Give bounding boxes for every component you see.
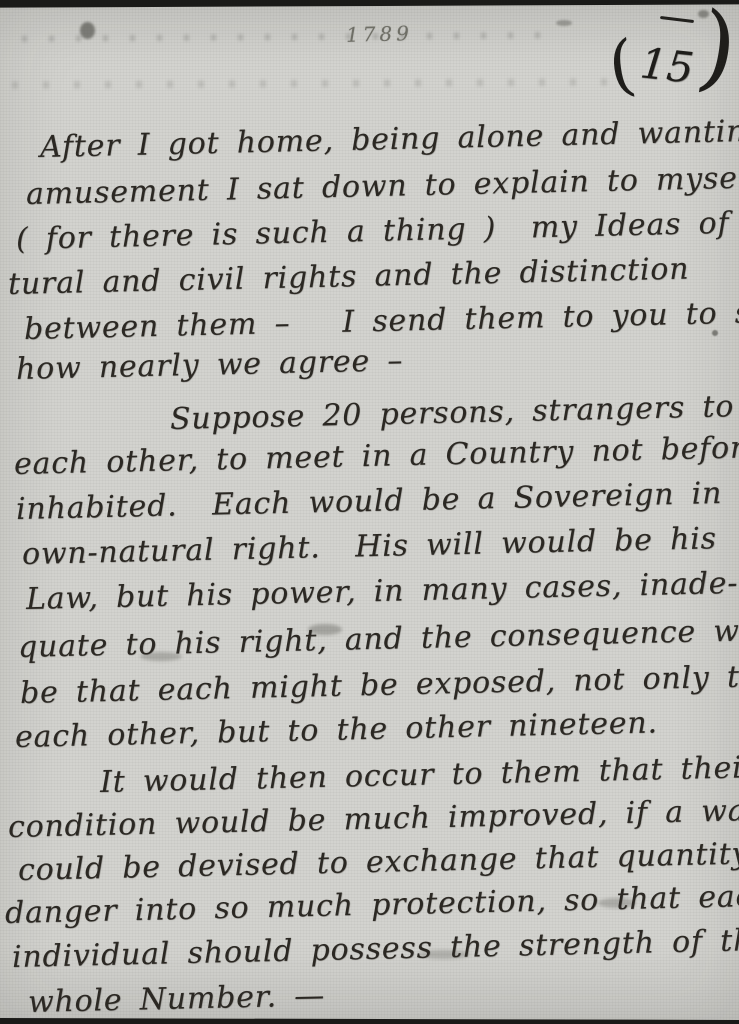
page-number-open-paren: ( [604,26,640,106]
manuscript-line: each other, but to the other nineteen. [15,705,659,755]
manuscript-line: whole Number. — [28,978,326,1020]
page-number-digits: 15 [638,38,696,92]
page-number-close-paren: ) [691,0,739,105]
manuscript-line: Suppose 20 persons, strangers to [170,389,735,437]
manuscript-line: quate to his right, and the consequence … [18,612,739,665]
scan-edge-bottom [0,1018,739,1024]
paper-smudge [80,22,95,39]
ink-bleed-ghost-line [12,78,632,88]
manuscript-line: inhabited. Each would be a Sovereign in … [16,475,739,527]
manuscript-line: could be devised to exchange that quanti… [18,835,739,888]
manuscript-line: ( for there is such a thing ) my Ideas o… [16,204,739,257]
page-number: ( 15 ) [608,0,736,105]
manuscript-line: own-natural right. His will would be his [22,521,718,572]
page-number-overline [660,16,694,23]
manuscript-line: tural and civil rights and the distincti… [8,252,690,302]
paper-smudge [556,20,572,26]
manuscript-line: be that each might be exposed, not only … [20,659,739,711]
manuscript-line: amusement I sat down to explain to mysel… [26,160,739,212]
manuscript-page: 1789 ( 15 ) After I got home, being alon… [0,0,739,1024]
manuscript-line: each other, to meet in a Country not bef… [14,430,739,482]
ink-bleed-ghost-line [22,32,562,42]
manuscript-line: After I got home, being alone and wantin… [40,114,739,165]
manuscript-line: how nearly we agree – [16,343,404,387]
manuscript-line: It would then occur to them that their [100,750,739,800]
manuscript-line: danger into so much protection, so that … [5,879,739,931]
manuscript-line: individual should possess the strength o… [12,923,739,975]
manuscript-line: condition would be much improved, if a w… [8,793,739,845]
manuscript-line: between them – I send them to you to see [24,295,739,347]
manuscript-line: Law, but his power, in many cases, inade… [26,566,739,617]
year-annotation: 1789 [346,21,414,47]
